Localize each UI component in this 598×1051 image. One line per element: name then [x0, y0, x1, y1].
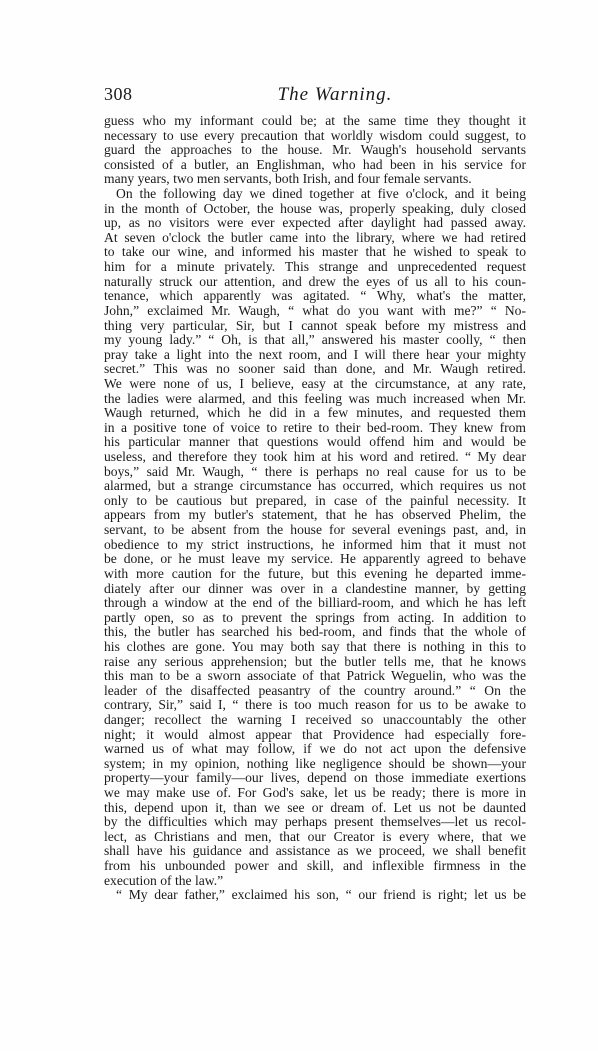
text-line: contrary, Sir,” said I, “ there is too m…: [104, 698, 526, 713]
text-line: secret.” This was no sooner said than do…: [104, 362, 526, 377]
text-line: many years, two men servants, both Irish…: [104, 172, 526, 187]
text-line: shall have his guidance and assistance a…: [104, 844, 526, 859]
text-line: raise any serious apprehension; but the …: [104, 655, 526, 670]
text-line: useless, and therefore they took him at …: [104, 450, 526, 465]
text-line: partly open, so as to prevent the spring…: [104, 611, 526, 626]
text-line: thing very particular, Sir, but I cannot…: [104, 319, 526, 334]
text-line: “ My dear father,” exclaimed his son, “ …: [104, 888, 526, 903]
text-line: only to be cautious but prepared, in cas…: [104, 494, 526, 509]
text-line: this, the butler has searched his bed-ro…: [104, 625, 526, 640]
text-line: him for a minute privately. This strange…: [104, 260, 526, 275]
text-line: danger; recollect the warning I received…: [104, 713, 526, 728]
text-line: property—your family—our lives, depend o…: [104, 771, 526, 786]
text-line: At seven o'clock the butler came into th…: [104, 231, 526, 246]
text-line: alarmed, but a strange circumstance has …: [104, 479, 526, 494]
text-line: guess who my informant could be; at the …: [104, 114, 526, 129]
book-page: 308 The Warning. guess who my informant …: [0, 0, 598, 1051]
text-line: appears from my butler's statement, that…: [104, 508, 526, 523]
text-line: this, depend upon it, than we see or dre…: [104, 801, 526, 816]
text-line: necessary to use every precaution that w…: [104, 129, 526, 144]
text-line: warned us of what may follow, if we do n…: [104, 742, 526, 757]
text-line: from his unbounded power and skill, and …: [104, 859, 526, 874]
text-line: naturally struck our attention, and drew…: [104, 275, 526, 290]
text-line: his clothes are gone. You may both say t…: [104, 640, 526, 655]
text-line: up, as no visitors were ever expected af…: [104, 216, 526, 231]
text-line: through a window at the end of the billi…: [104, 596, 526, 611]
text-line: pray take a light into the next room, an…: [104, 348, 526, 363]
text-line: leader of the disaffected peasantry of t…: [104, 684, 526, 699]
text-line: lect, as Christians and men, that our Cr…: [104, 830, 526, 845]
body-text: guess who my informant could be; at the …: [104, 114, 526, 903]
text-line: in a positive tone of voice to retire to…: [104, 421, 526, 436]
text-line: On the following day we dined together a…: [104, 187, 526, 202]
text-line: servant, to be absent from the house for…: [104, 523, 526, 538]
text-line: we may make use of. For God's sake, let …: [104, 786, 526, 801]
text-line: Waugh returned, which he did in a few mi…: [104, 406, 526, 421]
text-line: We were none of us, I believe, easy at t…: [104, 377, 526, 392]
text-line: consisted of a butler, an Englishman, wh…: [104, 158, 526, 173]
text-line: in the month of October, the house was, …: [104, 202, 526, 217]
text-line: night; it would almost appear that Provi…: [104, 728, 526, 743]
text-line: to take our wine, and informed his maste…: [104, 245, 526, 260]
text-line: boys,” said Mr. Waugh, “ there is perhap…: [104, 465, 526, 480]
text-line: his particular manner that questions wou…: [104, 435, 526, 450]
running-title: The Warning.: [104, 84, 526, 106]
text-line: my young lady.” “ Oh, is that all,” answ…: [104, 333, 526, 348]
text-line: the ladies were alarmed, and this feelin…: [104, 392, 526, 407]
page-header: 308 The Warning.: [104, 84, 526, 108]
text-line: guard the approaches to the house. Mr. W…: [104, 143, 526, 158]
text-line: obedience to my strict instructions, he …: [104, 538, 526, 553]
text-line: with more caution for the future, but th…: [104, 567, 526, 582]
text-line: diately after our dinner was over in a c…: [104, 582, 526, 597]
text-line: John,” exclaimed Mr. Waugh, “ what do yo…: [104, 304, 526, 319]
text-line: this man to be a sworn associate of that…: [104, 669, 526, 684]
text-line: by the difficulties which may perhaps pr…: [104, 815, 526, 830]
text-line: system; in my opinion, nothing like negl…: [104, 757, 526, 772]
text-line: execution of the law.”: [104, 874, 526, 889]
text-line: tenance, which apparently was agitated. …: [104, 289, 526, 304]
text-line: be done, or he must leave my service. He…: [104, 552, 526, 567]
